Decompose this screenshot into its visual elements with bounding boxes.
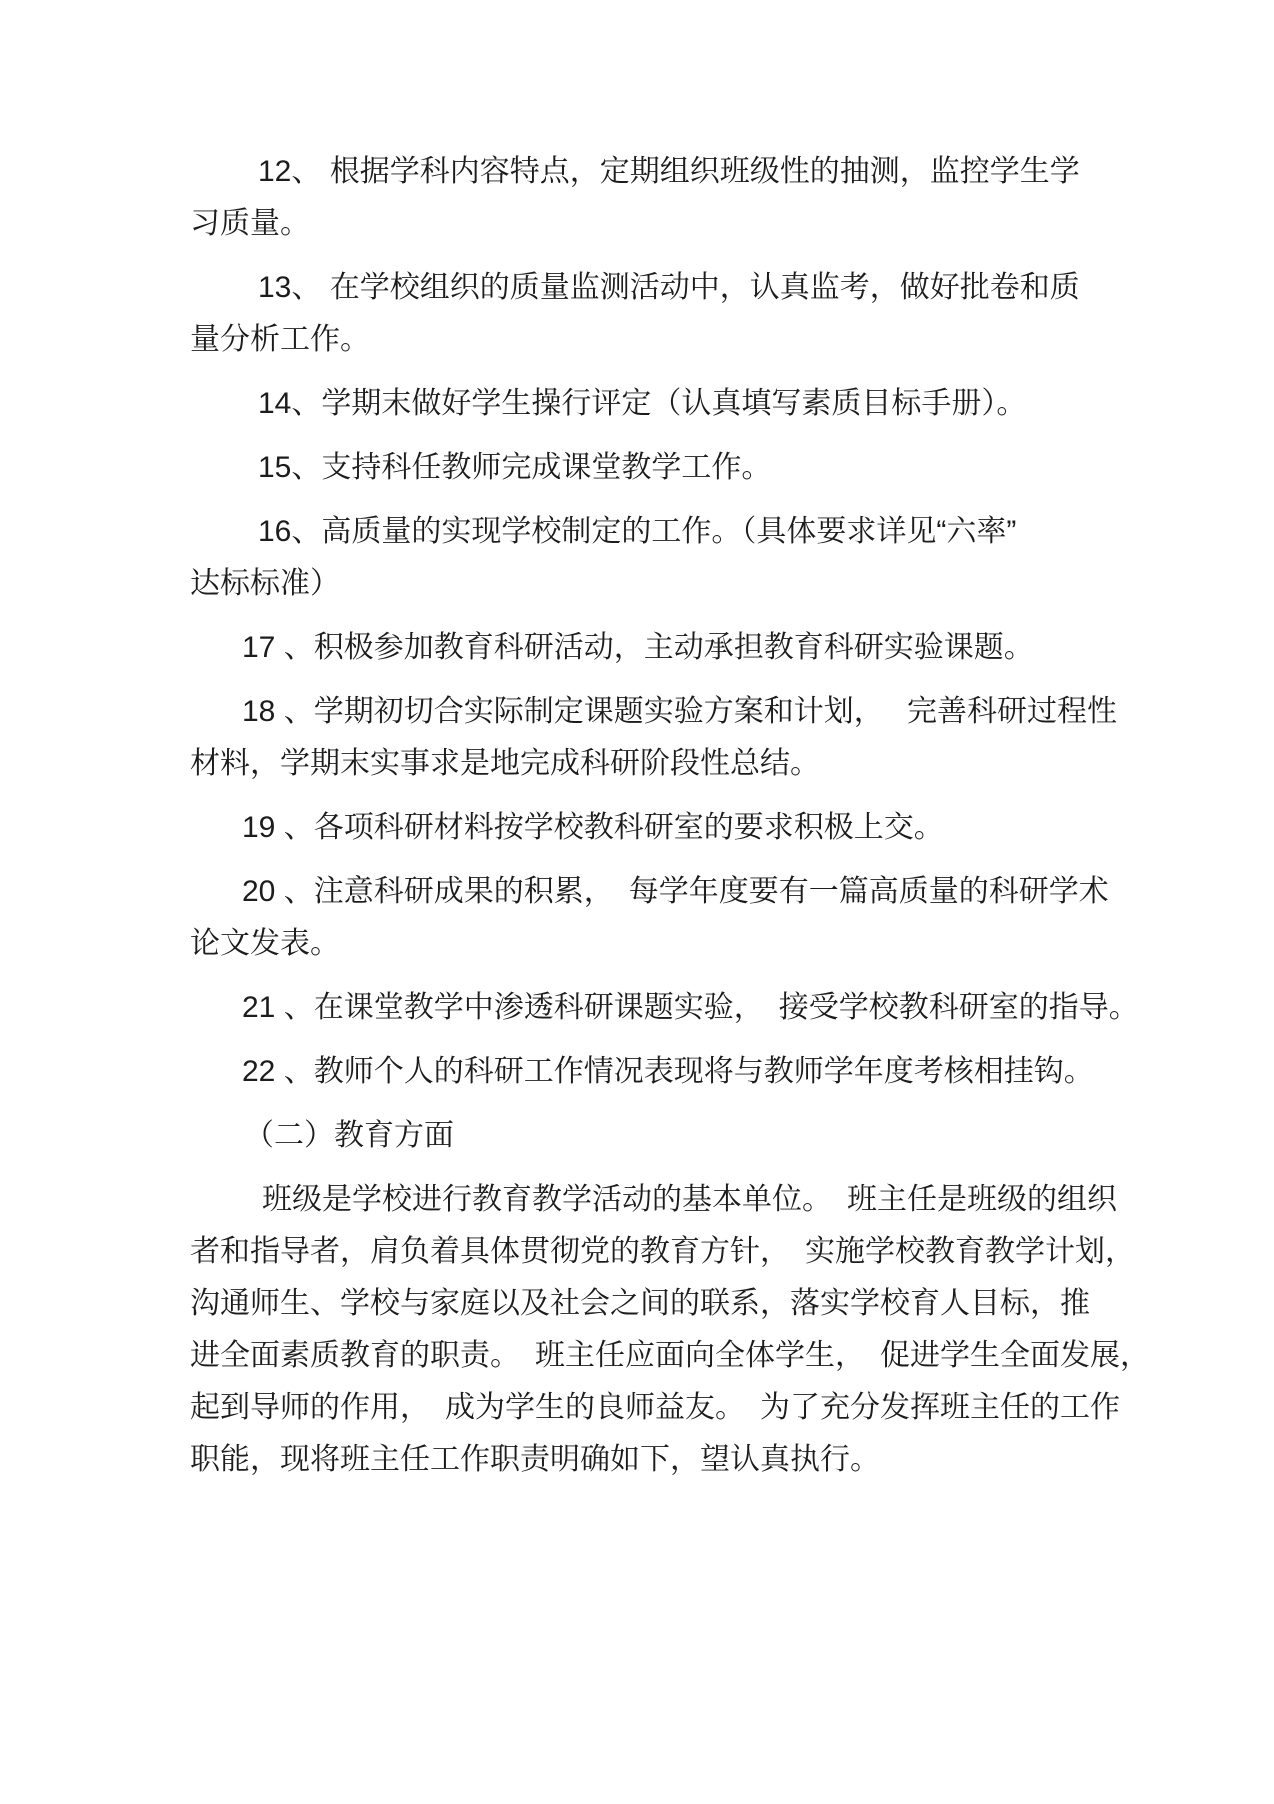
text-line: 起到导师的作用， 成为学生的良师益友。 为了充分发挥班主任的工作 — [190, 1382, 1194, 1434]
text-line: 22 、教师个人的科研工作情况表现将与教师学年度考核相挂钩。 — [190, 1046, 1194, 1098]
text-line: 15、支持科任教师完成课堂教学工作。 — [190, 442, 1194, 494]
text-line: 18 、学期初切合实际制定课题实验方案和计划， 完善科研过程性 — [190, 686, 1194, 738]
list-item-18: 18 、学期初切合实际制定课题实验方案和计划， 完善科研过程性 材料，学期末实事… — [190, 686, 1194, 790]
text-line: 量分析工作。 — [190, 314, 1194, 366]
text-line: 达标标准） — [190, 558, 1194, 610]
list-item-20: 20 、注意科研成果的积累， 每学年度要有一篇高质量的科研学术 论文发表。 — [190, 866, 1194, 970]
section-heading-text: （二）教育方面 — [190, 1110, 1194, 1162]
text-line: 21 、在课堂教学中渗透科研课题实验， 接受学校教科研室的指导。 — [190, 982, 1194, 1034]
body-paragraph: 班级是学校进行教育教学活动的基本单位。 班主任是班级的组织 者和指导者，肩负着具… — [190, 1174, 1194, 1486]
list-item-16: 16、高质量的实现学校制定的工作。（具体要求详见“六率” 达标标准） — [190, 506, 1194, 610]
list-item-14: 14、学期末做好学生操行评定（认真填写素质目标手册）。 — [190, 378, 1194, 430]
text-line: 者和指导者，肩负着具体贯彻党的教育方针， 实施学校教育教学计划， — [190, 1226, 1194, 1278]
text-line: 论文发表。 — [190, 918, 1194, 970]
text-line: 职能，现将班主任工作职责明确如下，望认真执行。 — [190, 1434, 1194, 1486]
section-heading: （二）教育方面 — [190, 1110, 1194, 1162]
text-line: 16、高质量的实现学校制定的工作。（具体要求详见“六率” — [190, 506, 1194, 558]
list-item-12: 12、 根据学科内容特点，定期组织班级性的抽测，监控学生学 习质量。 — [190, 146, 1194, 250]
list-item-17: 17 、积极参加教育科研活动，主动承担教育科研实验课题。 — [190, 622, 1194, 674]
text-line: 进全面素质教育的职责。 班主任应面向全体学生， 促进学生全面发展， — [190, 1330, 1194, 1382]
text-line: 19 、各项科研材料按学校教科研室的要求积极上交。 — [190, 802, 1194, 854]
document-body: 12、 根据学科内容特点，定期组织班级性的抽测，监控学生学 习质量。 13、 在… — [190, 146, 1194, 1486]
text-line: 沟通师生、学校与家庭以及社会之间的联系，落实学校育人目标，推 — [190, 1278, 1194, 1330]
text-line: 12、 根据学科内容特点，定期组织班级性的抽测，监控学生学 — [190, 146, 1194, 198]
text-line: 20 、注意科研成果的积累， 每学年度要有一篇高质量的科研学术 — [190, 866, 1194, 918]
document-page: 12、 根据学科内容特点，定期组织班级性的抽测，监控学生学 习质量。 13、 在… — [0, 0, 1274, 1804]
text-line: 材料，学期末实事求是地完成科研阶段性总结。 — [190, 738, 1194, 790]
text-line: 班级是学校进行教育教学活动的基本单位。 班主任是班级的组织 — [190, 1174, 1194, 1226]
list-item-19: 19 、各项科研材料按学校教科研室的要求积极上交。 — [190, 802, 1194, 854]
list-item-13: 13、 在学校组织的质量监测活动中，认真监考，做好批卷和质 量分析工作。 — [190, 262, 1194, 366]
text-line: 17 、积极参加教育科研活动，主动承担教育科研实验课题。 — [190, 622, 1194, 674]
list-item-15: 15、支持科任教师完成课堂教学工作。 — [190, 442, 1194, 494]
text-line: 13、 在学校组织的质量监测活动中，认真监考，做好批卷和质 — [190, 262, 1194, 314]
text-line: 14、学期末做好学生操行评定（认真填写素质目标手册）。 — [190, 378, 1194, 430]
list-item-22: 22 、教师个人的科研工作情况表现将与教师学年度考核相挂钩。 — [190, 1046, 1194, 1098]
list-item-21: 21 、在课堂教学中渗透科研课题实验， 接受学校教科研室的指导。 — [190, 982, 1194, 1034]
text-line: 习质量。 — [190, 198, 1194, 250]
